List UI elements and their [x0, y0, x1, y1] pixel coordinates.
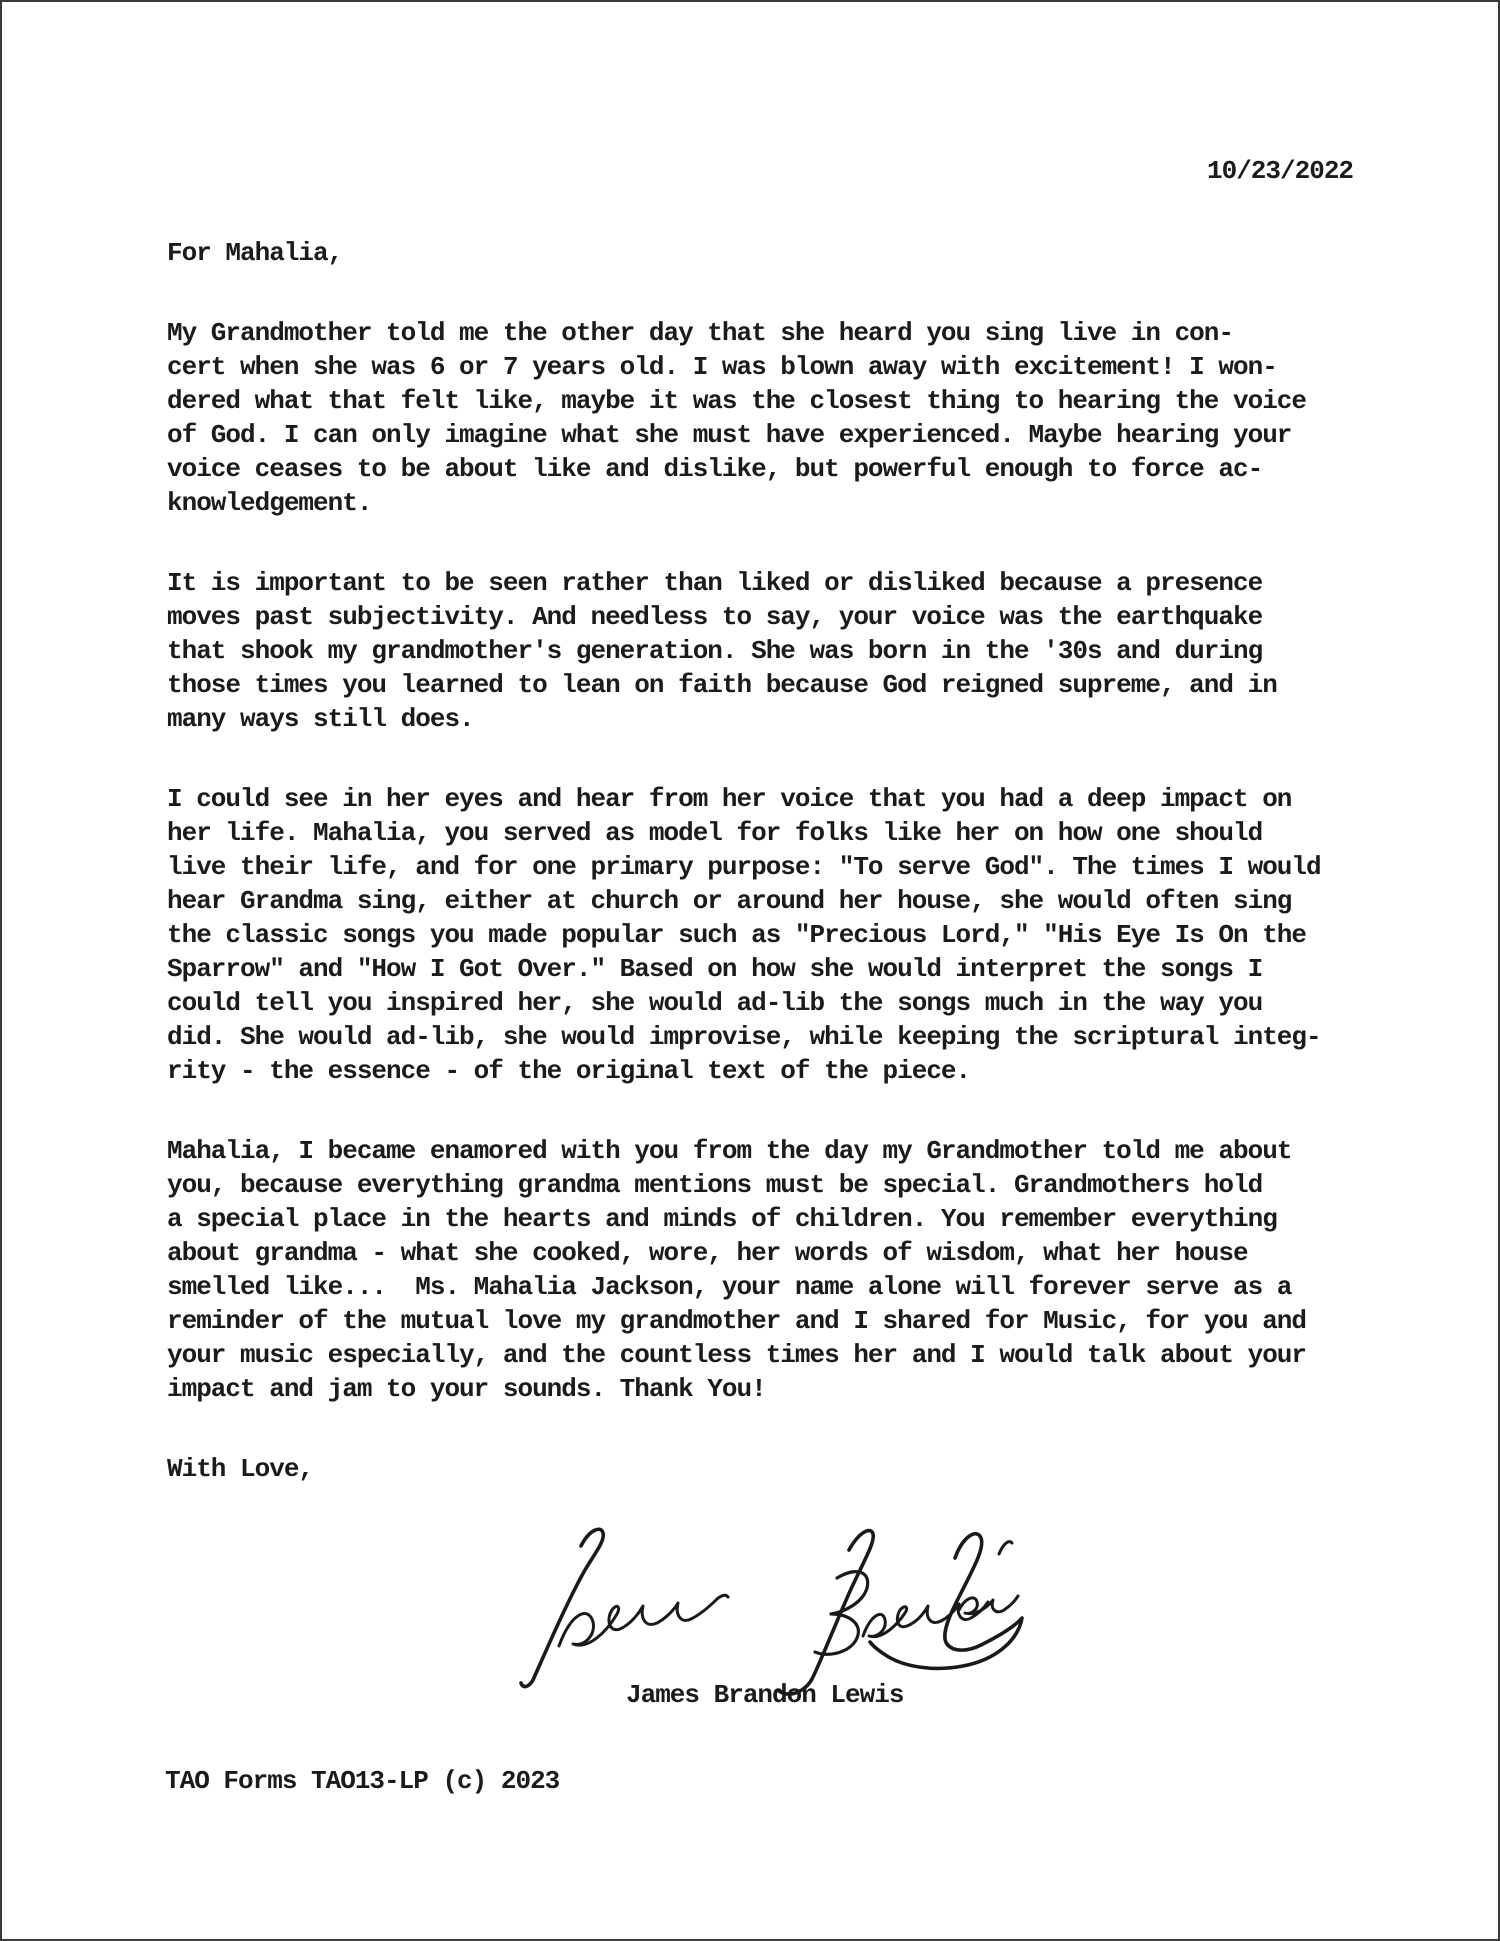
letter-line: voice ceases to be about like and dislik…: [167, 452, 1367, 486]
letter-line: knowledgement.: [167, 486, 1367, 520]
letter-line: a special place in the hearts and minds …: [167, 1202, 1367, 1236]
paragraph-4: Mahalia, I became enamored with you from…: [167, 1134, 1367, 1406]
letter-line: could tell you inspired her, she would a…: [167, 986, 1367, 1020]
letter-line: rity - the essence - of the original tex…: [167, 1054, 1367, 1088]
letter-line: impact and jam to your sounds. Thank You…: [167, 1372, 1367, 1406]
typed-signature: James Brandon Lewis: [626, 1678, 903, 1712]
letter-date: 10/23/2022: [1207, 154, 1353, 188]
letter-line: about grandma - what she cooked, wore, h…: [167, 1236, 1367, 1270]
letter-line: cert when she was 6 or 7 years old. I wa…: [167, 350, 1367, 384]
letter-page: 10/23/2022 For Mahalia, My Grandmother t…: [0, 0, 1500, 1941]
letter-line: hear Grandma sing, either at church or a…: [167, 884, 1367, 918]
letter-line: reminder of the mutual love my grandmoth…: [167, 1304, 1367, 1338]
letter-line: live their life, and for one primary pur…: [167, 850, 1367, 884]
paragraph-2: It is important to be seen rather than l…: [167, 566, 1367, 736]
closing-salutation: With Love,: [167, 1452, 1367, 1486]
letter-line: those times you learned to lean on faith…: [167, 668, 1367, 702]
letter-line: Sparrow" and "How I Got Over." Based on …: [167, 952, 1367, 986]
letter-line: of God. I can only imagine what she must…: [167, 418, 1367, 452]
greeting: For Mahalia,: [167, 236, 1367, 270]
letter-line: that shook my grandmother's generation. …: [167, 634, 1367, 668]
letter-line: It is important to be seen rather than l…: [167, 566, 1367, 600]
letter-line: dered what that felt like, maybe it was …: [167, 384, 1367, 418]
letter-line: your music especially, and the countless…: [167, 1338, 1367, 1372]
footer-credit: TAO Forms TAO13-LP (c) 2023: [165, 1764, 559, 1798]
letter-line: did. She would ad-lib, she would improvi…: [167, 1020, 1367, 1054]
letter-line: smelled like... Ms. Mahalia Jackson, you…: [167, 1270, 1367, 1304]
letter-line: My Grandmother told me the other day tha…: [167, 316, 1367, 350]
letter-body: For Mahalia, My Grandmother told me the …: [167, 236, 1367, 1486]
letter-line: the classic songs you made popular such …: [167, 918, 1367, 952]
letter-line: I could see in her eyes and hear from he…: [167, 782, 1367, 816]
letter-line: many ways still does.: [167, 702, 1367, 736]
paragraph-3: I could see in her eyes and hear from he…: [167, 782, 1367, 1088]
handwritten-signature: [507, 1514, 1032, 1699]
letter-line: her life. Mahalia, you served as model f…: [167, 816, 1367, 850]
letter-line: moves past subjectivity. And needless to…: [167, 600, 1367, 634]
letter-line: you, because everything grandma mentions…: [167, 1168, 1367, 1202]
paragraph-1: My Grandmother told me the other day tha…: [167, 316, 1367, 520]
letter-line: Mahalia, I became enamored with you from…: [167, 1134, 1367, 1168]
